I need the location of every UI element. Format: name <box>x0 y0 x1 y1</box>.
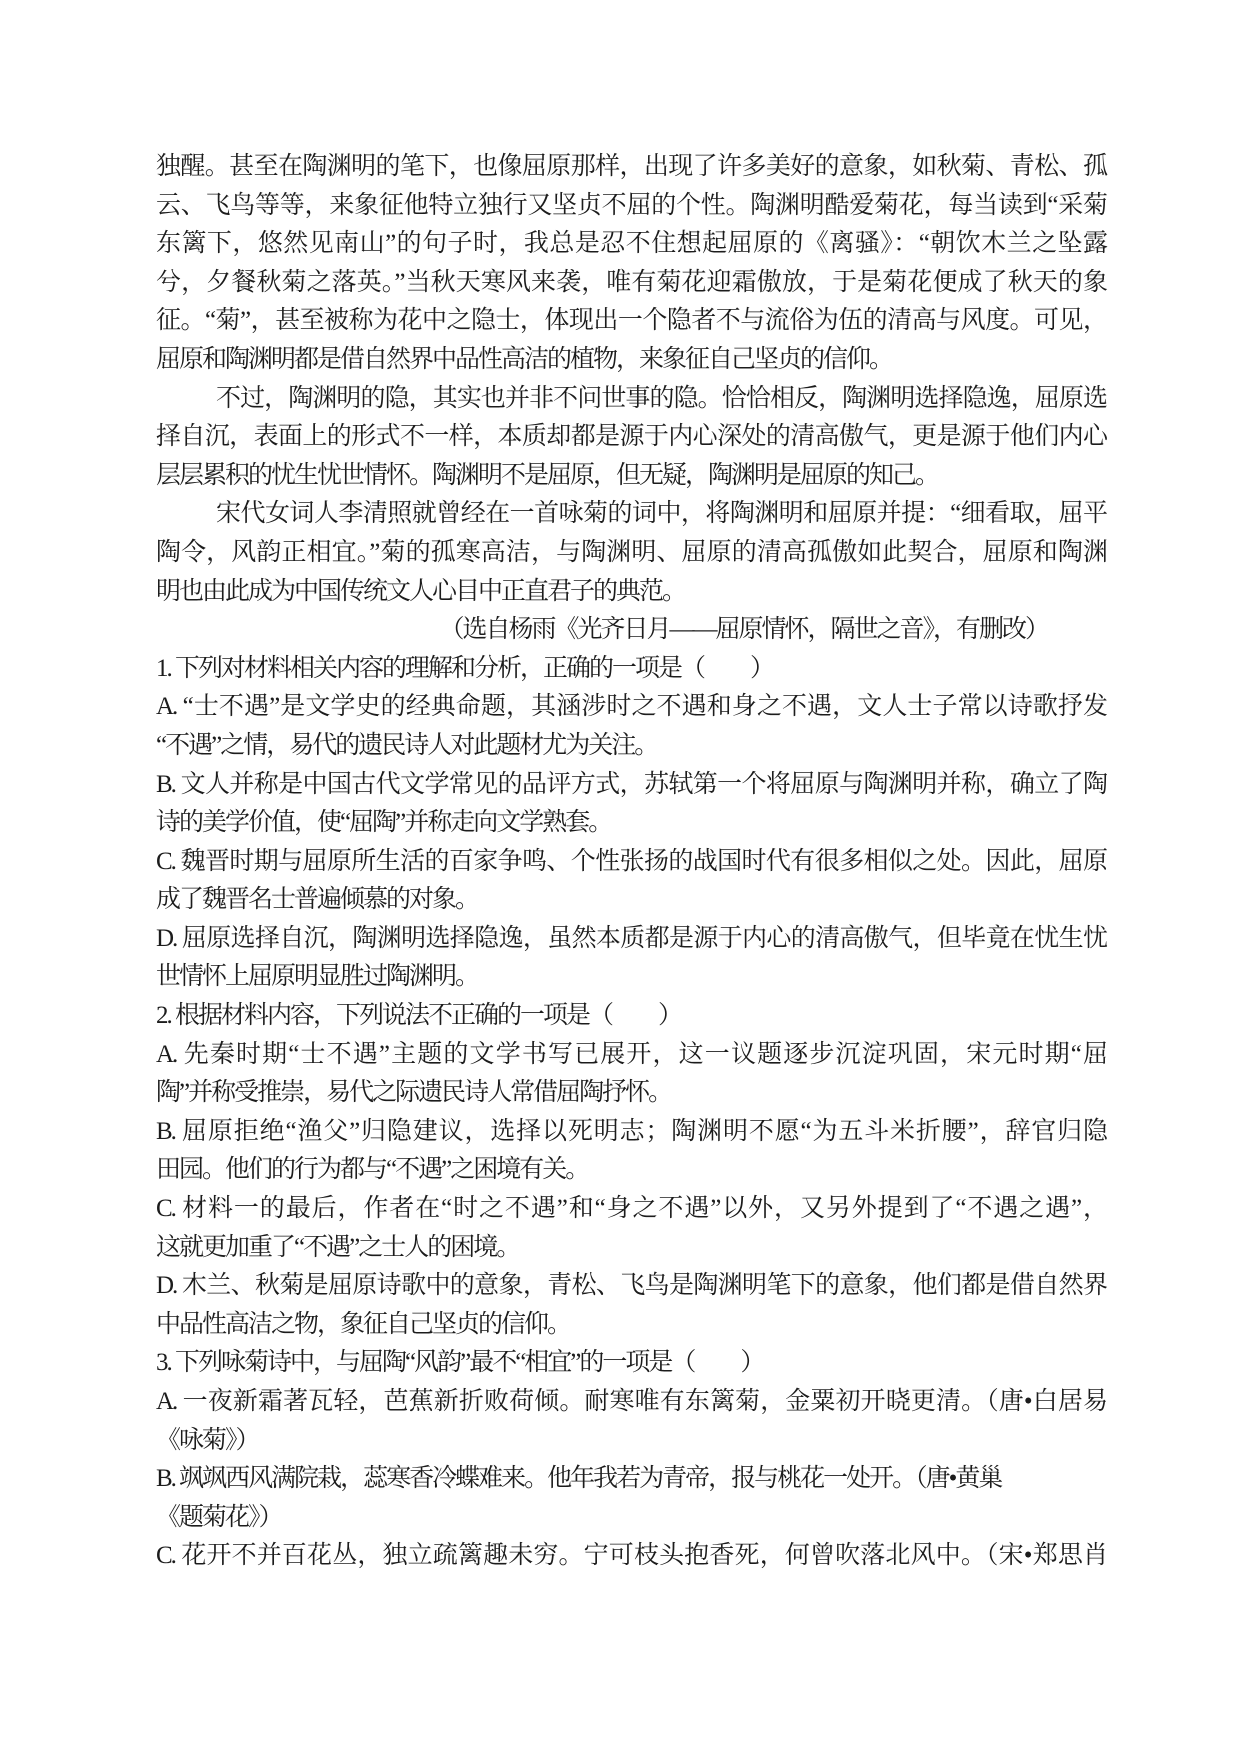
question-2-option-D: 中品性高洁之物，象征自己坚贞的信仰。 <box>156 1306 1106 1345</box>
passage-line: 陶令，风韵正相宜。”菊的孤寒高洁，与陶渊明、屈原的清高孤傲如此契合，屈原和陶渊 <box>156 534 1106 573</box>
passage-line: 征。“菊”，甚至被称为花中之隐士，体现出一个隐者不与流俗为伍的清高与风度。可见， <box>156 302 1106 341</box>
question-3-option-A: 《咏菊》） <box>156 1422 1106 1461</box>
document-page: 独醒。甚至在陶渊明的笔下，也像屈原那样，出现了许多美好的意象，如秋菊、青松、孤云… <box>0 0 1240 1754</box>
passage-line: 兮，夕餐秋菊之落英。”当秋天寒风来袭，唯有菊花迎霜傲放，于是菊花便成了秋天的象 <box>156 264 1106 303</box>
passage-line: 东篱下，悠然见南山”的句子时，我总是忍不住想起屈原的《离骚》：“朝饮木兰之坠露 <box>156 225 1106 264</box>
question-2-option-D: D. 木兰、秋菊是屈原诗歌中的意象，青松、飞鸟是陶渊明笔下的意象，他们都是借自然… <box>156 1267 1106 1306</box>
question-2-option-C: 这就更加重了“不遇”之士人的困境。 <box>156 1229 1106 1268</box>
question-2-option-C: C. 材料一的最后，作者在“时之不遇”和“身之不遇”以外，又另外提到了“不遇之遇… <box>156 1190 1106 1229</box>
question-1-option-C: C. 魏晋时期与屈原所生活的百家争鸣、个性张扬的战国时代有很多相似之处。因此，屈… <box>156 843 1106 882</box>
question-1-option-A: “不遇”之情，易代的遗民诗人对此题材尤为关注。 <box>156 727 1106 766</box>
passage-line: 择自沉，表面上的形式不一样，本质却都是源于内心深处的清高傲气，更是源于他们内心 <box>156 418 1106 457</box>
question-1-option-A: A. “士不遇”是文学史的经典命题，其涵涉时之不遇和身之不遇，文人士子常以诗歌抒… <box>156 688 1106 727</box>
question-1-option-D: 世情怀上屈原明显胜过陶渊明。 <box>156 958 1106 997</box>
question-3-option-C: C. 花开不并百花丛，独立疏篱趣未穷。宁可枝头抱香死，何曾吹落北风中。（宋•郑思… <box>156 1537 1106 1576</box>
question-1-option-B: B. 文人并称是中国古代文学常见的品评方式，苏轼第一个将屈原与陶渊明并称，确立了… <box>156 766 1106 805</box>
source-attribution: （选自杨雨《光齐日月——屈原情怀，隔世之音》，有删改） <box>156 611 1106 650</box>
passage-line: 宋代女词人李清照就曾经在一首咏菊的词中，将陶渊明和屈原并提：“细看取，屈平 <box>156 495 1106 534</box>
question-3-option-B: B. 飒飒西风满院栽，蕊寒香冷蝶难来。他年我若为青帝，报与桃花一处开。（唐•黄巢 <box>156 1460 1106 1499</box>
passage-line: 独醒。甚至在陶渊明的笔下，也像屈原那样，出现了许多美好的意象，如秋菊、青松、孤 <box>156 148 1106 187</box>
question-1-option-B: 诗的美学价值，使“屈陶”并称走向文学熟套。 <box>156 804 1106 843</box>
question-1-stem: 1. 下列对材料相关内容的理解和分析，正确的一项是（ ） <box>156 650 1106 689</box>
question-3-option-A: A. 一夜新霜著瓦轻，芭蕉新折败荷倾。耐寒唯有东篱菊，金粟初开晓更清。（唐•白居… <box>156 1383 1106 1422</box>
passage-line: 屈原和陶渊明都是借自然界中品性高洁的植物，来象征自己坚贞的信仰。 <box>156 341 1106 380</box>
question-2-stem: 2. 根据材料内容，下列说法不正确的一项是（ ） <box>156 997 1106 1036</box>
passage-line: 不过，陶渊明的隐，其实也并非不问世事的隐。恰恰相反，陶渊明选择隐逸，屈原选 <box>156 380 1106 419</box>
question-1-option-C: 成了魏晋名士普遍倾慕的对象。 <box>156 881 1106 920</box>
question-2-option-B: B. 屈原拒绝“渔父”归隐建议，选择以死明志；陶渊明不愿“为五斗米折腰”，辞官归… <box>156 1113 1106 1152</box>
text-block: 独醒。甚至在陶渊明的笔下，也像屈原那样，出现了许多美好的意象，如秋菊、青松、孤云… <box>156 148 1106 1576</box>
question-3-stem: 3. 下列咏菊诗中，与屈陶“风韵”最不“相宜”的一项是（ ） <box>156 1344 1106 1383</box>
question-3-option-B: 《题菊花》） <box>156 1499 1106 1538</box>
passage-line: 云、飞鸟等等，来象征他特立独行又坚贞不屈的个性。陶渊明酷爱菊花，每当读到“采菊 <box>156 187 1106 226</box>
question-1-option-D: D. 屈原选择自沉，陶渊明选择隐逸，虽然本质都是源于内心的清高傲气，但毕竟在忧生… <box>156 920 1106 959</box>
question-2-option-A: 陶”并称受推崇，易代之际遗民诗人常借屈陶抒怀。 <box>156 1074 1106 1113</box>
passage-line: 明也由此成为中国传统文人心目中正直君子的典范。 <box>156 573 1106 612</box>
question-2-option-B: 田园。他们的行为都与“不遇”之困境有关。 <box>156 1151 1106 1190</box>
question-2-option-A: A. 先秦时期“士不遇”主题的文学书写已展开，这一议题逐步沉淀巩固，宋元时期“屈 <box>156 1036 1106 1075</box>
passage-line: 层层累积的忧生忧世情怀。陶渊明不是屈原，但无疑，陶渊明是屈原的知己。 <box>156 457 1106 496</box>
